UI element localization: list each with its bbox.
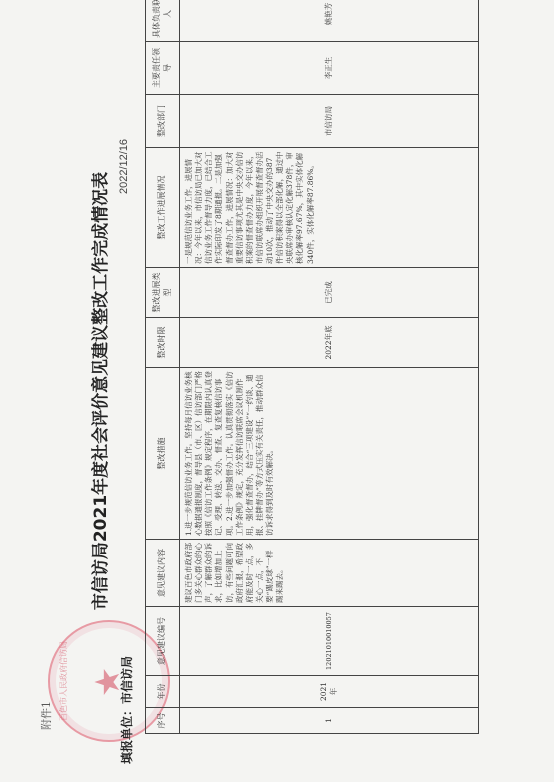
cell-progress: 一是规范信访业务工作，进展情况：今年以来，市信访局已加大对信访业务工作督导力度，… bbox=[180, 148, 479, 268]
cell-code: 12021010010057 bbox=[180, 607, 479, 676]
rectification-table: 序号 年份 意见建议编号 意见建议内容 整改措施 整改时限 整改进展类型 整改工… bbox=[145, 0, 479, 734]
header-index: 序号 bbox=[146, 708, 180, 734]
cell-leader: 李正生 bbox=[180, 42, 479, 95]
header-progress: 整改工作进展情况 bbox=[146, 148, 180, 268]
rotated-document-page: 百色市人民政府信访局 ★ 附件1 市信访局2021年度社会评价意见建议整改工作完… bbox=[0, 0, 554, 782]
cell-deadline: 2022年底 bbox=[180, 318, 479, 368]
header-department: 整改部门 bbox=[146, 95, 180, 148]
cell-contact: 姚艳芳 bbox=[180, 0, 479, 42]
header-content: 意见建议内容 bbox=[146, 540, 180, 607]
table-header-row: 序号 年份 意见建议编号 意见建议内容 整改措施 整改时限 整改进展类型 整改工… bbox=[146, 0, 180, 734]
header-leader: 主要责任领导 bbox=[146, 42, 180, 95]
cell-measures: 1.进一步规范信访业务工作。坚持每月信访业务核心数据通报制度，督导县（市、区）信… bbox=[180, 368, 479, 540]
report-date: 2022/12/16 bbox=[118, 139, 130, 194]
document-title: 市信访局2021年度社会评价意见建议整改工作完成情况表 bbox=[86, 0, 111, 782]
header-progress-type: 整改进展类型 bbox=[146, 268, 180, 318]
annex-label: 附件1 bbox=[38, 701, 54, 730]
header-code: 意见建议编号 bbox=[146, 607, 180, 676]
cell-progress-type: 已完成 bbox=[180, 268, 479, 318]
seal-text: 百色市人民政府信访局 bbox=[58, 630, 69, 732]
cell-content: 建议百色市政府部门多关心群众的心声，了解群众的诉求，比如增加上访，有些问题可向政… bbox=[180, 540, 479, 607]
cell-department: 市信访局 bbox=[180, 95, 479, 148]
cell-year: 2021年 bbox=[180, 676, 479, 708]
table-row: 1 2021年 12021010010057 建议百色市政府部门多关心群众的心声… bbox=[180, 0, 479, 734]
header-deadline: 整改时限 bbox=[146, 318, 180, 368]
cell-index: 1 bbox=[180, 708, 479, 734]
header-contact: 具体负责联系人 bbox=[146, 0, 180, 42]
header-year: 年份 bbox=[146, 676, 180, 708]
header-measures: 整改措施 bbox=[146, 368, 180, 540]
reporting-unit: 填报单位：市信访局 bbox=[118, 656, 135, 764]
